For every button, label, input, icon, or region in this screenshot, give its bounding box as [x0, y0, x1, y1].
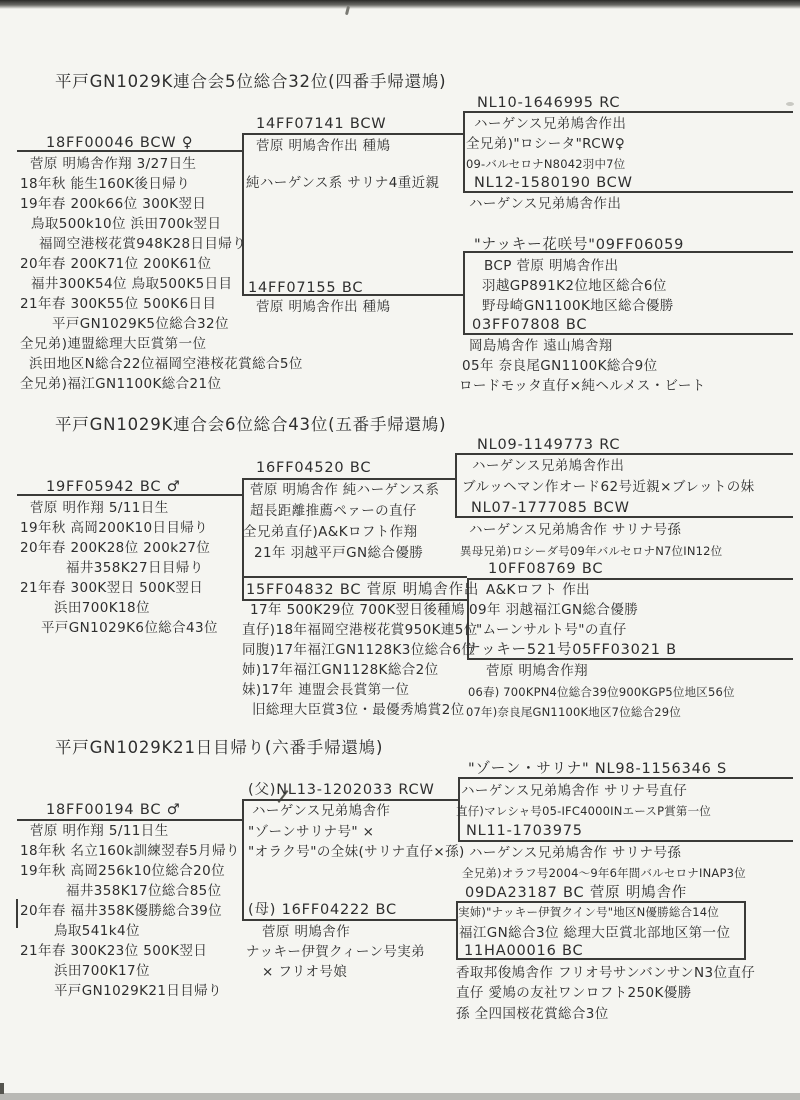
gp-line: ハーゲンス兄弟鳩舎作出: [472, 459, 624, 475]
gp-line: 09-バルセロナN8042羽中7位: [466, 158, 625, 171]
dam-line: 姉)17年福江GN1128K総合2位: [242, 663, 439, 679]
gp-line: 岡島鳩舎作 遠山鳩舎翔: [469, 339, 613, 355]
gp-line: 直仔)マレシャ号05-IFC4000INエースP賞第一位: [456, 805, 711, 818]
gp-ring: NL10-1646995 RC: [477, 95, 620, 112]
sire-line: ハーゲンス兄弟鳩舎作: [252, 804, 390, 820]
subject-line: 20年春 福井358K優勝総合39位: [20, 904, 222, 920]
subject-ring: 18FF00046 BCW ♀: [46, 135, 193, 152]
subject-line: 福井358K17位総合85位: [66, 884, 222, 900]
scan-speck: [345, 6, 350, 15]
gp-line: 07年)奈良尾GN1100K地区7位総合29位: [466, 706, 681, 719]
subject-ring: 19FF05942 BC ♂: [46, 479, 181, 496]
dam-line: × フリオ号娘: [262, 965, 347, 981]
subject-ring: 18FF00194 BC ♂: [46, 802, 181, 819]
gp-ring: NL11-1703975: [466, 823, 583, 840]
subject-line: 福井300K54位 鳥取500K5日目: [31, 277, 232, 293]
subject-line: 20年春 200K71位 200K61位: [20, 257, 211, 273]
gp-line: 福江GN総合3位 総理大臣賞北部地区第一位: [459, 926, 730, 942]
gp-line: A&Kロフト 作出: [486, 583, 590, 599]
gp-line: ハーゲンス兄弟鳩舎作出: [469, 197, 621, 213]
gp-ring: ナッキー521号05FF03021 B: [466, 642, 677, 659]
gp-line: BCP 菅原 明鳩舎作出: [484, 259, 618, 275]
gp-line: 菅原 明鳩舎作翔: [486, 664, 588, 680]
gp-line: 野母崎GN1100K地区総合優勝: [482, 299, 674, 315]
gp-line: 06春) 700KPN4位総合39位900KGP5位地区56位: [468, 686, 735, 699]
subject-underline: [17, 819, 242, 821]
gp-line: ロードモッタ直仔×純ヘルメス・ビート: [459, 379, 706, 395]
subject-line: 浜田700K17位: [54, 964, 150, 980]
subject-line: 浜田700K18位: [54, 601, 150, 617]
subject-line: 21年春 300K翌日 500K翌日: [20, 581, 203, 597]
dam-line: 菅原 明鳩舎作: [262, 925, 350, 941]
subject-line: 21年春 300K23位 500K翌日: [20, 944, 207, 960]
subject-line: 19年秋 高岡256k10位総合20位: [20, 864, 225, 880]
subject-line: 福井358K27日目帰り: [66, 561, 204, 577]
scan-edge-bottom: [0, 1093, 800, 1100]
dam-ring: 14FF07155 BC: [248, 280, 363, 297]
gp-line: ブルッヘマン作オード62号近親×ブレットの妹: [462, 480, 755, 496]
dam-line: 旧総理大臣賞3位・最優秀鳩賞2位: [252, 703, 465, 719]
gp-ring: 03FF07808 BC: [472, 317, 587, 334]
subject-line: 全兄弟)連盟総理大臣賞第一位: [20, 337, 206, 353]
dam-line: ナッキー伊賀クィーン号実弟: [246, 945, 425, 961]
parents-bracket: [242, 133, 244, 296]
dam-line: 同腹)17年福江GN1128K3位総合6位: [242, 643, 475, 659]
subject-line: 浜田地区N総合22位福岡空港桜花賞総合5位: [29, 357, 303, 373]
gp-line: 孫 全四国桜花賞総合3位: [456, 1007, 609, 1023]
gp-line: 実姉)"ナッキー伊賀クイン号"地区N優勝総合14位: [458, 906, 719, 919]
subject-line: 21年春 300K55位 500K6日目: [20, 297, 216, 313]
dam-underline: [242, 919, 458, 921]
scan-smudge: [786, 102, 794, 106]
parents-bracket: [242, 799, 244, 921]
subject-line: 全兄弟)福江GN1100K総合21位: [20, 377, 221, 393]
gp-line: "ムーンサルト号"の直仔: [476, 623, 627, 639]
gp-line: 直仔 愛鳩の友社ワンロフト250K優勝: [456, 986, 692, 1002]
gp-line: 05年 奈良尾GN1100K総合9位: [462, 359, 658, 375]
scan-artifact: [0, 1083, 4, 1094]
gp-line: ハーゲンス兄弟鳩舎作出: [474, 117, 626, 133]
dam-line: 菅原 明鳩舎作出 種鳩: [256, 300, 390, 316]
gp-bottom-bracket-right: [744, 901, 746, 960]
parents-box-bottom: [242, 576, 467, 578]
sire-line: 21年 羽越平戸GN総合優勝: [254, 546, 423, 562]
subject-line: 鳥取500k10位 浜田700k翌日: [31, 217, 221, 233]
scan-edge-top: [0, 0, 800, 9]
subject-line: 平戸GN1029K21日目帰り: [54, 984, 222, 1000]
dam-line: 妹)17年 連盟会長賞第一位: [242, 683, 409, 699]
sire-line: 菅原 明鳩舎作出 種鳩: [256, 139, 390, 155]
subject-line: 菅原 明作翔 5/11日生: [30, 501, 169, 517]
sire-line: 菅原 明鳩舎作 純ハーゲンス系: [250, 483, 439, 499]
gp-ring: NL12-1580190 BCW: [474, 175, 633, 192]
subject-line: 菅原 明作翔 5/11日生: [30, 824, 169, 840]
subject-line: 19年春 200k66位 300K翌日: [20, 197, 206, 213]
gp-ring: "ナッキー花咲号"09FF06059: [474, 237, 684, 254]
subject-line: 福岡空港桜花賞948K28日目帰り: [39, 237, 246, 253]
gp-ring: NL09-1149773 RC: [477, 437, 620, 454]
gp-ring: 11HA00016 BC: [464, 943, 583, 960]
gp-line: 全兄弟)"ロシータ"RCW♀: [466, 137, 625, 153]
subject-line: 平戸GN1029K5位総合32位: [52, 317, 229, 333]
dam-line: 17年 500K29位 700K翌日後種鳩: [250, 603, 465, 619]
dam-ring: (母) 16FF04222 BC: [248, 902, 397, 919]
sire-underline: [242, 799, 458, 801]
subject-line: 鳥取541k4位: [54, 924, 140, 940]
gp-line: ハーゲンス兄弟鳩舎作 サリナ号孫: [469, 523, 681, 539]
subject-line: 平戸GN1029K6位総合43位: [41, 621, 218, 637]
sire-ring: 14FF07141 BCW: [256, 116, 386, 133]
section-2-header: 平戸GN1029K連合会6位総合43位(五番手帰還鳩): [55, 416, 446, 435]
sire-underline: [242, 133, 463, 135]
sire-underline: [242, 478, 455, 480]
gp2-underline: [458, 840, 793, 842]
gp-line: ハーゲンス兄弟鳩舎作 サリナ号孫: [469, 846, 681, 862]
sire-line: 超長距離推薦ペァーの直仔: [250, 504, 417, 520]
sire-ring: (父)NL13-1202033 RCW: [248, 782, 435, 799]
sire-line: "オラク号"の全妹(サリナ直仔×孫): [248, 845, 465, 861]
gp-line: 09年 羽越福江GN総合優勝: [469, 603, 638, 619]
section-3-header: 平戸GN1029K21日目帰り(六番手帰還鳩): [55, 739, 383, 758]
gp-ring: "ゾーン・サリナ" NL98-1156346 S: [468, 761, 727, 778]
gp-line: 全兄弟)オラフ号2004〜9年6年間バルセロナINAP3位: [462, 867, 746, 880]
subject-line: 18年秋 能生160K後日帰り: [20, 177, 190, 193]
gp-line: 香取邦俊鳩舎作 フリオ号サンバンサンN3位直仔: [456, 966, 755, 982]
scanned-pedigree-page: 平戸GN1029K連合会5位総合32位(四番手帰還鳩) 18FF00046 BC…: [0, 0, 800, 1100]
dam-line: 直仔)18年福岡空港桜花賞950K連5位: [242, 623, 478, 639]
sire-line: 純ハーゲンス系 サリナ4重近親: [246, 176, 439, 192]
gp-bottom-bracket: [463, 251, 465, 335]
sire-line: "ゾーンサリナ号" ×: [248, 825, 374, 841]
pen-tick: [16, 899, 18, 928]
section-1-header: 平戸GN1029K連合会5位総合32位(四番手帰還鳩): [55, 73, 446, 92]
gp3-underline: [467, 578, 793, 580]
gp-ring: 09DA23187 BC 菅原 明鳩舎作: [465, 885, 687, 902]
subject-line: 19年秋 高岡200K10日目帰り: [20, 521, 208, 537]
gp-ring: NL07-1777085 BCW: [471, 500, 630, 517]
gp-line: 羽越GP891K2位地区総合6位: [482, 279, 667, 295]
subject-line: 18年秋 名立160k訓練翌春5月帰り: [20, 844, 240, 860]
gp-top-bracket: [455, 453, 457, 518]
gp-top-bracket: [463, 111, 465, 193]
gp-line: ハーゲンス兄弟鳩舎作 サリナ号直仔: [461, 784, 687, 800]
sire-ring: 16FF04520 BC: [256, 460, 371, 477]
dam-underline: [242, 599, 467, 601]
dam-ring: 15FF04832 BC 菅原 明鳩舎作出: [246, 582, 479, 599]
gp-line: 異母兄弟)ロシーダ号09年バルセロナN7位IN12位: [460, 545, 722, 558]
subject-line: 菅原 明鳩舎作翔 3/27日生: [30, 157, 196, 173]
sire-line: 全兄弟直仔)A&Kロフト作翔: [243, 525, 417, 541]
subject-line: 20年春 200K28位 200k27位: [20, 541, 210, 557]
gp-ring: 10FF08769 BC: [488, 561, 603, 578]
